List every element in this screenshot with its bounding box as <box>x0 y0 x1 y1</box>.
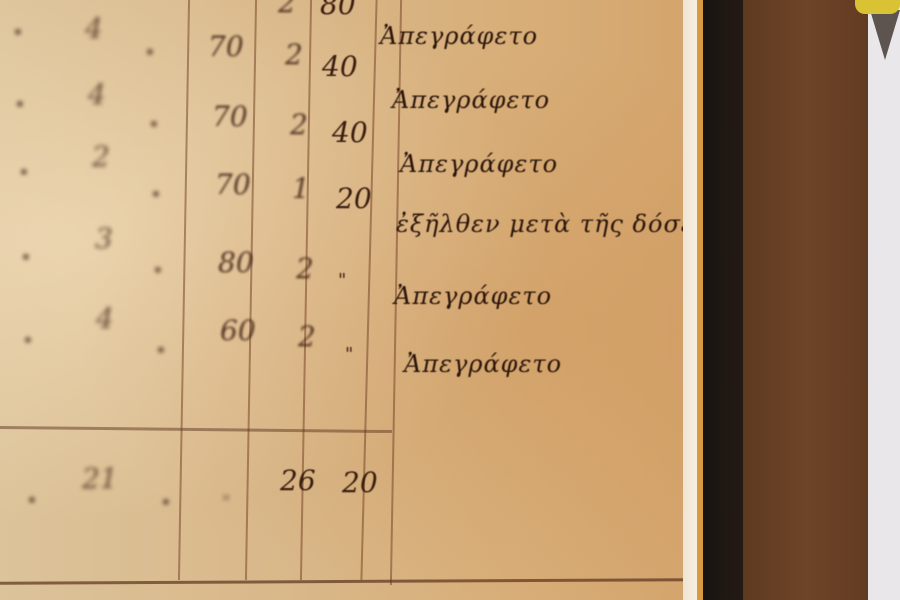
total-cell: " <box>222 492 230 513</box>
cell: 4 <box>88 78 106 111</box>
cell: 60 <box>220 314 256 347</box>
total-cell: • <box>160 490 172 514</box>
cell-description: Ἀπεγράφετο <box>380 22 538 50</box>
cell: • <box>148 112 160 136</box>
cell: • <box>20 245 32 269</box>
cell: • <box>22 328 34 352</box>
paper-edge <box>683 0 697 600</box>
cell: 70 <box>212 100 248 133</box>
cell: • <box>14 92 26 116</box>
total-cell: 21 <box>82 462 118 495</box>
total-cell: 26 <box>280 464 316 497</box>
cell: • <box>152 258 164 282</box>
total-cell: 20 <box>342 466 378 499</box>
cell-description: Ἀπεγράφετο <box>394 282 552 310</box>
cell: 4 <box>96 302 114 335</box>
cell: • <box>12 20 24 44</box>
cell: 2 <box>278 0 296 19</box>
cell: 3 <box>95 222 113 255</box>
cell: 2 <box>298 320 316 353</box>
cell: 2 <box>296 252 314 285</box>
cell: • <box>18 160 30 184</box>
cell: 2 <box>285 38 303 71</box>
background-object <box>855 0 900 14</box>
cell: 80 <box>320 0 356 21</box>
cell: 40 <box>322 50 358 83</box>
cell-description: Ἀπεγράφετο <box>400 150 558 178</box>
cell: 20 <box>336 182 372 215</box>
cell-description: Ἀπεγράφετο <box>404 350 562 378</box>
background-object <box>870 10 900 60</box>
cell: 1 <box>292 172 310 205</box>
frame <box>703 0 743 600</box>
cell: 2 <box>92 140 110 173</box>
cell: 70 <box>215 168 251 201</box>
cell-description: Ἀπεγράφετο <box>392 86 550 114</box>
total-cell: • <box>26 488 38 512</box>
cell: • <box>155 338 167 362</box>
cell: " <box>345 344 353 365</box>
cell: • <box>150 182 162 206</box>
cell-description: ἐξῆλθεν μετὰ τῆς δόσεως <box>396 210 730 238</box>
background-wall <box>743 0 868 600</box>
cell: 4 <box>85 12 103 45</box>
cell: 2 <box>290 108 308 141</box>
background-panel <box>868 0 900 600</box>
cell: • <box>144 40 156 64</box>
cell: " <box>338 270 346 291</box>
cell: 40 <box>332 116 368 149</box>
cell: 70 <box>208 30 244 63</box>
cell: 80 <box>218 246 254 279</box>
